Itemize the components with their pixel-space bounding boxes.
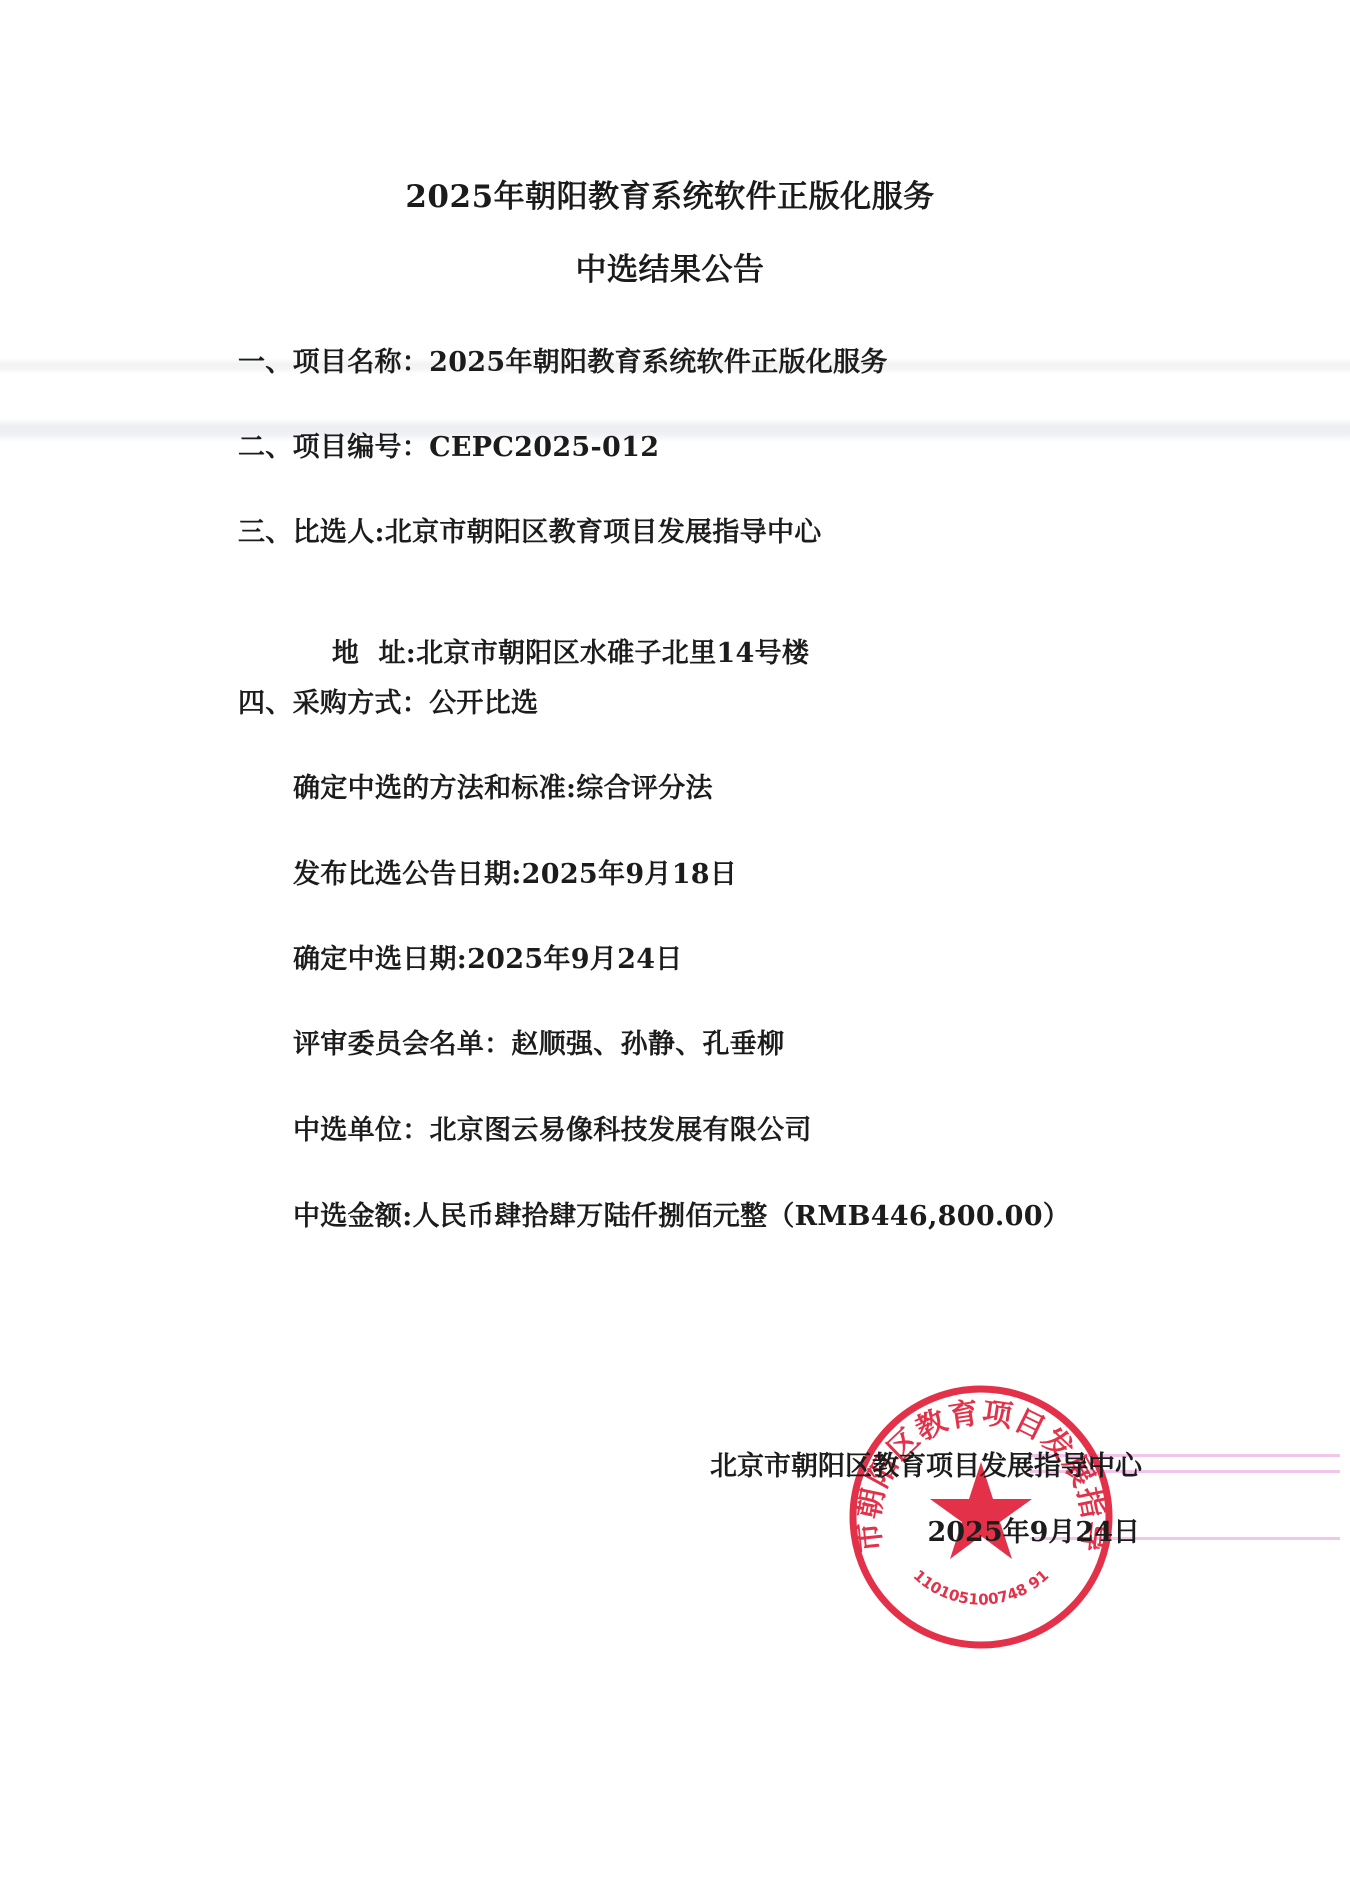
item-label: 四、采购方式： — [238, 688, 429, 719]
item-label: 中选单位： — [293, 1115, 430, 1146]
item-label: 二、项目编号： — [238, 432, 429, 463]
item-value: 人民币肆拾肆万陆仟捌佰元整（RMB446,800.00） — [412, 1201, 1070, 1232]
item-value: 2025年9月24日 — [467, 944, 683, 975]
item-procurement-method: 四、采购方式：公开比选 — [238, 686, 538, 722]
item-label: 三、比选人: — [238, 517, 385, 548]
item-label: 地 址: — [332, 638, 416, 669]
item-label: 确定中选的方法和标准: — [293, 773, 576, 804]
item-value: 赵顺强、孙静、孔垂柳 — [511, 1029, 784, 1060]
item-review-committee: 评审委员会名单：赵顺强、孙静、孔垂柳 — [293, 1027, 784, 1063]
document-title: 2025年朝阳教育系统软件正版化服务 — [0, 177, 1340, 217]
item-winning-company: 中选单位：北京图云易像科技发展有限公司 — [293, 1113, 812, 1149]
signature-date: 2025年9月24日 — [927, 1515, 1140, 1551]
item-selector: 三、比选人:北京市朝阳区教育项目发展指导中心 — [238, 515, 822, 551]
item-project-number: 二、项目编号：CEPC2025-012 — [238, 430, 659, 466]
item-label: 发布比选公告日期: — [293, 859, 522, 890]
item-label: 中选金额: — [293, 1201, 412, 1232]
seal-code-text: 110105100748 91 — [910, 1566, 1053, 1608]
item-value: 北京图云易像科技发展有限公司 — [430, 1115, 812, 1146]
item-label: 评审委员会名单： — [293, 1029, 511, 1060]
item-value: 公开比选 — [429, 688, 538, 719]
item-selection-method: 确定中选的方法和标准:综合评分法 — [293, 771, 713, 807]
item-value: 综合评分法 — [576, 773, 713, 804]
item-value: 北京市朝阳区教育项目发展指导中心 — [385, 517, 822, 548]
document-page: 2025年朝阳教育系统软件正版化服务 中选结果公告 一、项目名称：2025年朝阳… — [0, 0, 1350, 1896]
item-announcement-date: 发布比选公告日期:2025年9月18日 — [293, 857, 737, 893]
item-selection-date: 确定中选日期:2025年9月24日 — [293, 942, 683, 978]
document-subtitle: 中选结果公告 — [0, 250, 1340, 290]
item-winning-amount: 中选金额:人民币肆拾肆万陆仟捌佰元整（RMB446,800.00） — [293, 1199, 1070, 1235]
scan-artifact-band — [0, 418, 1350, 442]
item-value: 2025年朝阳教育系统软件正版化服务 — [429, 347, 888, 378]
item-value: 2025年9月18日 — [522, 859, 738, 890]
signature-organization: 北京市朝阳区教育项目发展指导中心 — [710, 1449, 1142, 1485]
item-value: CEPC2025-012 — [429, 432, 659, 463]
item-value: 北京市朝阳区水碓子北里14号楼 — [416, 638, 809, 669]
item-label: 一、项目名称： — [238, 347, 429, 378]
item-label: 确定中选日期: — [293, 944, 467, 975]
item-project-name: 一、项目名称：2025年朝阳教育系统软件正版化服务 — [238, 345, 888, 381]
